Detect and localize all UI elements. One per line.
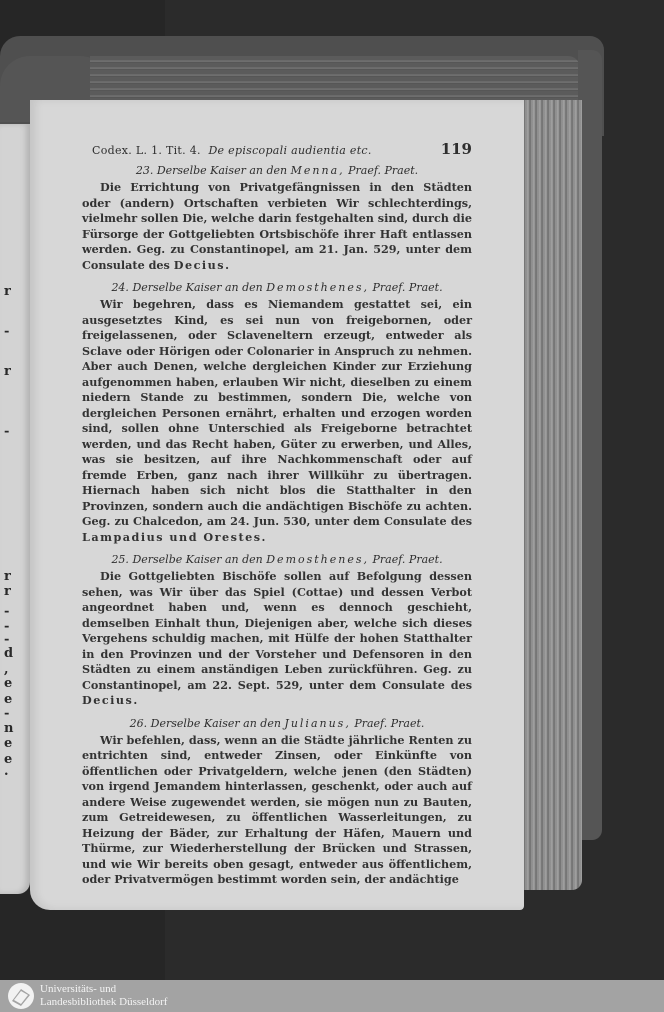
left-page-fragment: e [4, 692, 12, 707]
entry-office: Praef. Praet. [373, 553, 443, 566]
entry-text: Die Gottgeliebten Bischöfe sollen auf Be… [82, 569, 472, 709]
entry-heading-text: Derselbe Kaiser an den [132, 281, 262, 294]
left-page-fragment: r [4, 569, 11, 584]
entry-text: Wir befehlen, dass, wenn an die Städte j… [82, 733, 472, 888]
library-footer: Universitäts- und Landesbibliothek Düsse… [0, 980, 664, 1012]
page-number: 119 [441, 140, 472, 158]
entry-body: Wir begehren, dass es Niemandem gestatte… [82, 297, 472, 528]
entry-body: Wir befehlen, dass, wenn an die Städte j… [82, 733, 472, 887]
entry-heading: 24. Derselbe Kaiser an den Demosthenes, … [82, 281, 472, 294]
entry-text: Wir begehren, dass es Niemandem gestatte… [82, 297, 472, 545]
consul-name: Decius. [174, 258, 231, 272]
consul-name: Decius. [82, 693, 139, 707]
entry-addressee: Demosthenes, [266, 553, 369, 566]
entry-number: 26. [130, 717, 148, 730]
left-page-fragment: r [4, 284, 11, 299]
left-page-fragment: - [4, 706, 9, 721]
left-page-fragment: . [4, 764, 9, 779]
left-page-fragment: - [4, 324, 9, 339]
entry-number: 24. [111, 281, 129, 294]
left-page-fragment: - [4, 604, 9, 619]
entry-body: Die Gottgeliebten Bischöfe sollen auf Be… [82, 569, 472, 692]
entry-office: Praef. Praet. [348, 164, 418, 177]
entry-heading-text: Derselbe Kaiser an den [132, 553, 262, 566]
left-page-fragment: - [4, 632, 9, 647]
library-logo-icon [6, 981, 36, 1011]
left-page-fragment: - [4, 424, 9, 439]
entry-heading: 25. Derselbe Kaiser an den Demosthenes, … [82, 553, 472, 566]
running-head-left: Codex. L. 1. Tit. 4. De episcopali audie… [92, 144, 372, 157]
entry-body: Die Errichtung von Privatgefängnissen in… [82, 180, 472, 272]
left-page-fragment: , [4, 662, 9, 677]
book-page: Codex. L. 1. Tit. 4. De episcopali audie… [30, 100, 524, 910]
left-page-fragment: r [4, 584, 11, 599]
entry-office: Praef. Praet. [354, 717, 424, 730]
entry-heading: 26. Derselbe Kaiser an den Julianus, Pra… [82, 717, 472, 730]
left-page-fragment: e [4, 736, 12, 751]
running-head: Codex. L. 1. Tit. 4. De episcopali audie… [82, 140, 472, 158]
entry-number: 23. [136, 164, 154, 177]
page-content: Codex. L. 1. Tit. 4. De episcopali audie… [82, 140, 472, 896]
entry-office: Praef. Praet. [373, 281, 443, 294]
entry-addressee: Menna, [291, 164, 345, 177]
left-page-fragment: r [4, 364, 11, 379]
library-name: Universitäts- und Landesbibliothek Düsse… [40, 983, 167, 1009]
entry-heading-text: Derselbe Kaiser an den [151, 717, 281, 730]
running-head-title: De episcopali audientia etc. [208, 144, 371, 157]
consul-name: Lampadius und Orestes. [82, 530, 267, 544]
left-page-fragment: n [4, 721, 13, 736]
entry-text: Die Errichtung von Privatgefängnissen in… [82, 180, 472, 273]
entry-number: 25. [111, 553, 129, 566]
codex-reference: Codex. L. 1. Tit. 4. [92, 144, 201, 157]
entry-heading: 23. Derselbe Kaiser an den Menna, Praef.… [82, 164, 472, 177]
left-page: r - r - r r - - - d , e e - n e e . [0, 124, 30, 894]
left-page-fragment: d [4, 646, 13, 661]
entry-addressee: Demosthenes, [266, 281, 369, 294]
left-page-fragment: e [4, 676, 12, 691]
page-block-side-edge [520, 100, 582, 890]
library-name-line2: Landesbibliothek Düsseldorf [40, 996, 167, 1009]
entry-addressee: Julianus, [284, 717, 350, 730]
entry-heading-text: Derselbe Kaiser an den [157, 164, 287, 177]
library-name-line1: Universitäts- und [40, 983, 167, 996]
